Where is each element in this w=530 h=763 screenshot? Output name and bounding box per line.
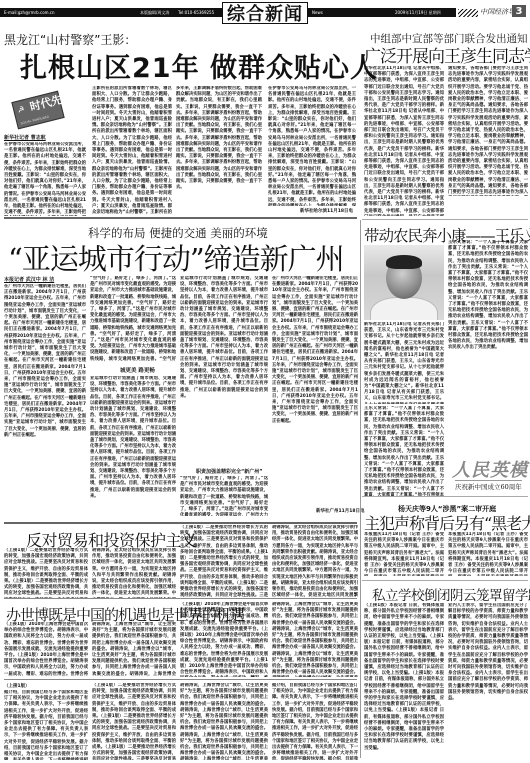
wangyansheng-body-col1: 新华社北京11月18日电 记者从中组部、中宣部等部门获悉，为深入宣传王彦生同志的… — [364, 66, 444, 216]
expo-body-col3: （上接1版）2010年上海世博会是中国首次举办的综合性世界博览会。胡锦涛表示，中… — [180, 602, 268, 677]
wangying-body-col4: 在伊春市公安局乌马河林业局公安派出所，一名普通民警在偏远山区扎根21年，他就是王… — [268, 86, 356, 206]
school-headline: 私立学校倒闭阴云笼罩留学路？ — [372, 584, 530, 604]
hammer-sickle-icon: ☭ — [16, 104, 25, 114]
asiangames-body-col2b: 亚运城市行动计划涵盖了城市规划、交通建设、环境整治、市容美化等多个方面。广州市坚… — [90, 376, 176, 516]
era-pioneer-badge: ☭ 时代先锋 SOCIAL VANGUARD — [11, 91, 64, 130]
asiangames-dateline: 新华社广州11月18日电 — [316, 508, 365, 514]
wangying-body-col3: 多年来，王影调解矛盾纠纷数百起，帮助困难群众解决实际问题，为山区的平安和谐作出了… — [176, 86, 262, 214]
school-body-col1: （上接1版）本报记者 日前，有媒体报道称，部分国外私立学校因经营不善相继倒闭，给… — [364, 603, 444, 757]
expo-body-col1: （上接1版）2010年上海世博会是中国首次举办的综合性世界博览会。胡锦涛表示，中… — [4, 622, 88, 677]
asiangames-body-col3: 亚运城市行动计划涵盖了城市规划、交通建设、环境整治、市容美化等多个方面。广州市坚… — [180, 276, 268, 462]
column-divider — [360, 220, 361, 758]
wangying-body-col1: 在伊春市公安局乌马河林业局公安派出所，一名普通民警在偏远山区扎根21年，他就是王… — [4, 142, 86, 216]
badge-subtitle: SOCIAL VANGUARD — [20, 115, 49, 126]
masthead-editor: 本版编辑/周文涛 — [140, 8, 169, 17]
wangying-byline: 新华社记者 曹志航 — [4, 134, 46, 141]
divider — [362, 219, 528, 220]
expo-body-col2: 胡锦涛说，上海世博会以“城市，让生活更美好”为主题，将为各国探讨城市发展问题提供… — [92, 622, 176, 677]
masthead-tel: Tel:010-65369255 — [178, 8, 214, 17]
bottom-body-col4: 据介绍，目前我国已经与多个国家和地区签订了相关协议，为中国企业走出去提供了有力保… — [272, 683, 358, 760]
bottom-body-col1: 据介绍，目前我国已经与多个国家和地区签订了相关协议，为中国企业走出去提供了有力保… — [4, 690, 88, 760]
bottom-kicker: （上接1版） — [4, 683, 30, 689]
page-number: 3 — [512, 5, 526, 17]
asiangames-body-col1: 在广州市天河区一幢新建住宅楼里，居民们正在搬进新家。2004年7月1日，广州获得… — [4, 284, 86, 516]
wangleyi-body-col1b: 王乐义常说：“一个人富了不算富，大家都富了才算富。”他不仅带领本村群众致富，还无… — [364, 406, 444, 496]
wangleyi-body-col2: 王乐义常说：“一个人富了不算富，大家都富了才算富。”他不仅带领本村群众致富，还无… — [448, 240, 528, 444]
asiangames-body-col2: “空气好了，路好走了，绿多了，河清了。”这是广州市民对城市变化最直观的感受。为迎… — [90, 276, 176, 362]
trade-body-col4: 胡锦涛说，亚太经合组织成员应该发挥引领作用，推动贸易投资自由化和便利化，加强区域… — [272, 525, 358, 598]
blackboss-headline: 主犯声称背后另有“黑老大” — [364, 511, 530, 534]
masthead-section-en: News — [312, 8, 323, 17]
heroes-logo: 人民英模 — [452, 456, 528, 482]
wangleyi-body-col1: 新华社北京11月18日电 记者从有关部门获悉，王乐义，山东省寿光市三元朱村党支部… — [364, 322, 444, 404]
asiangames-headline: “亚运城市行动”缔造新广州 — [8, 237, 344, 278]
divider — [4, 598, 357, 599]
trade-body-col3: （上接1版）二是要推动世界经济增长方式的转变，加强各国宏观经济政策协调，共同应对… — [180, 525, 268, 598]
asiangames-body-col4: 在广州市天河区一幢新建住宅楼里，居民们正在搬进新家。2004年7月1日，广州获得… — [272, 276, 358, 504]
wangleyi-photo — [364, 245, 444, 320]
heroes-logo-subtitle: 庆祝新中国成立60周年 — [455, 480, 522, 491]
divider — [4, 217, 357, 219]
blackboss-body-col2: 本报重庆11月18日电（记者 王亦）备受关注的杨天庆等9人涉黑案今日在重庆市第五… — [448, 532, 528, 576]
divider — [4, 522, 357, 524]
hatch-decoration-icon — [458, 9, 478, 17]
divider — [362, 580, 528, 581]
wangyansheng-body-col2: 通知要求，各地各部门要把学习王彦生同志先进事迹作为深入学习实践科学发展观活动的重… — [448, 66, 528, 196]
asiangames-byline: 本报记者 武汉中 林 洁 — [4, 276, 54, 283]
blackboss-body-col1: 本报重庆11月18日电（记者 王亦）备受关注的杨天庆等9人涉黑案今日在重庆市第五… — [364, 532, 444, 576]
wangying-dateline: 新华社哈尔滨11月18日电 — [300, 208, 353, 214]
wangyansheng-headline: 广泛开展向王彦生同志学习活动 — [364, 42, 530, 67]
expo-body-col4: 胡锦涛说，上海世博会以“城市，让生活更美好”为主题，将为各国探讨城市发展问题提供… — [272, 602, 358, 677]
wangying-body-col2: 王影所在的派出所管辖着数个林场，辖区面积大、人口分散。为了让群众少跑路，他经常上… — [92, 86, 172, 214]
divider — [362, 496, 528, 497]
trade-body-col1: （上接1版）二是要推动世界经济增长方式的转变，加强各国宏观经济政策协调，共同应对… — [4, 548, 88, 598]
trade-body-col2: 胡锦涛说，亚太经合组织成员应该发挥引领作用，推动贸易投资自由化和便利化，加强区域… — [92, 548, 176, 598]
badge-title: 时代先锋 — [28, 88, 75, 114]
divider — [4, 679, 357, 680]
section-title: 综合新闻 — [222, 2, 308, 24]
masthead-date: 2009年11月19日 星期四 — [395, 8, 441, 17]
asiangames-subhead1: 城更美 路更畅 — [120, 366, 155, 374]
masthead-email: E-mail:gzh@rmrb.com.cn — [4, 8, 55, 17]
wangying-headline: 扎根山区21年 做群众贴心人 — [20, 46, 378, 85]
asiangames-subhead2: 职责加强盖精彩完全“新广州” — [196, 468, 263, 475]
bottom-body-col3: 胡锦涛说，上海世博会以“城市，让生活更美好”为主题，将为各国探讨城市发展问题提供… — [180, 683, 268, 760]
bottom-body-col2: （上接1版）二是要推动世界经济增长方式的转变，加强各国宏观经济政策协调，共同应对… — [92, 683, 176, 760]
school-body-col2: 业内人士表示，留学生在出国前应充分了解目标学校的办学资质、师资力量和教学质量等情… — [448, 603, 528, 757]
asiangames-body-col3b: “空气好了，路好走了，绿多了，河清了。”这是广州市民对城市变化最直观的感受。为迎… — [180, 476, 268, 516]
